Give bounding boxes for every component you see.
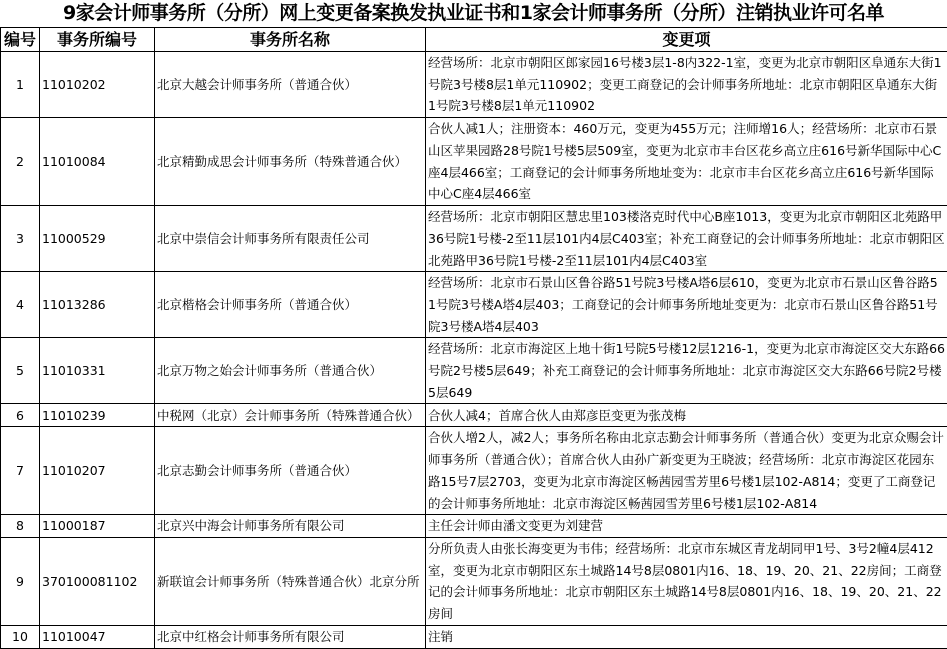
cell-change-items: 合伙人减4；首席合伙人由郑彦臣变更为张茂梅 bbox=[426, 404, 947, 427]
cell-firm-code: 11013286 bbox=[40, 272, 155, 338]
table-row: 1011010047北京中红格会计师事务所有限公司注销 bbox=[1, 625, 947, 647]
table-header-row: 编号 事务所编号 事务所名称 变更项 bbox=[1, 28, 947, 52]
cell-change-items: 经营场所：北京市朝阳区慧忠里103楼洛克时代中心B座1013，变更为北京市朝阳区… bbox=[426, 206, 947, 272]
table-row: 211010084北京精勤成思会计师事务所（特殊普通合伙）合伙人减1人；注册资本… bbox=[1, 118, 947, 206]
cell-row-number: 5 bbox=[1, 338, 40, 404]
table-row: 311000529北京中崇信会计师事务所有限责任公司经营场所：北京市朝阳区慧忠里… bbox=[1, 206, 947, 272]
cell-row-number: 4 bbox=[1, 272, 40, 338]
table-row: 511010331北京万物之始会计师事务所（普通合伙）经营场所：北京市海淀区上地… bbox=[1, 338, 947, 404]
cell-row-number: 2 bbox=[1, 118, 40, 206]
table-row: 611010239中税网（北京）会计师事务所（特殊普通合伙）合伙人减4；首席合伙… bbox=[1, 404, 947, 427]
cell-change-items: 经营场所：北京市海淀区上地十街1号院5号楼12层1216-1，变更为北京市海淀区… bbox=[426, 338, 947, 404]
cell-firm-name: 北京大越会计师事务所（普通合伙） bbox=[155, 52, 426, 118]
cell-firm-code: 11010202 bbox=[40, 52, 155, 118]
cell-firm-name: 北京中崇信会计师事务所有限责任公司 bbox=[155, 206, 426, 272]
cell-change-items: 合伙人增2人，减2人；事务所名称由北京志勤会计师事务所（普通合伙）变更为北京众赐… bbox=[426, 427, 947, 515]
table-row: 411013286北京楷格会计师事务所（普通合伙）经营场所：北京市石景山区鲁谷路… bbox=[1, 272, 947, 338]
cell-row-number: 8 bbox=[1, 515, 40, 538]
license-change-table: 编号 事务所编号 事务所名称 变更项 111010202北京大越会计师事务所（普… bbox=[0, 27, 947, 647]
cell-row-number: 7 bbox=[1, 427, 40, 515]
header-firm-name: 事务所名称 bbox=[155, 28, 426, 52]
cell-firm-code: 11000529 bbox=[40, 206, 155, 272]
cell-firm-name: 北京中红格会计师事务所有限公司 bbox=[155, 625, 426, 647]
cell-firm-name: 北京志勤会计师事务所（普通合伙） bbox=[155, 427, 426, 515]
cell-firm-name: 中税网（北京）会计师事务所（特殊普通合伙） bbox=[155, 404, 426, 427]
cell-firm-name: 北京万物之始会计师事务所（普通合伙） bbox=[155, 338, 426, 404]
header-change-items: 变更项 bbox=[426, 28, 947, 52]
cell-firm-code: 11010207 bbox=[40, 427, 155, 515]
cell-firm-name: 北京楷格会计师事务所（普通合伙） bbox=[155, 272, 426, 338]
cell-change-items: 经营场所：北京市石景山区鲁谷路51号院3号楼A塔6层610，变更为北京市石景山区… bbox=[426, 272, 947, 338]
table-row: 9370100081102新联谊会计师事务所（特殊普通合伙）北京分所分所负责人由… bbox=[1, 537, 947, 625]
cell-firm-code: 11010047 bbox=[40, 625, 155, 647]
cell-change-items: 注销 bbox=[426, 625, 947, 647]
cell-firm-code: 11010239 bbox=[40, 404, 155, 427]
cell-row-number: 10 bbox=[1, 625, 40, 647]
cell-change-items: 合伙人减1人；注册资本：460万元，变更为455万元；注师增16人；经营场所：北… bbox=[426, 118, 947, 206]
cell-change-items: 分所负责人由张长海变更为韦伟；经营场所：北京市东城区青龙胡同甲1号、3号2幢4层… bbox=[426, 537, 947, 625]
cell-firm-code: 370100081102 bbox=[40, 537, 155, 625]
cell-change-items: 主任会计师由潘文变更为刘建营 bbox=[426, 515, 947, 538]
table-row: 111010202北京大越会计师事务所（普通合伙）经营场所：北京市朝阳区郎家园1… bbox=[1, 52, 947, 118]
cell-row-number: 9 bbox=[1, 537, 40, 625]
header-no: 编号 bbox=[1, 28, 40, 52]
table-row: 711010207北京志勤会计师事务所（普通合伙）合伙人增2人，减2人；事务所名… bbox=[1, 427, 947, 515]
header-firm-code: 事务所编号 bbox=[40, 28, 155, 52]
cell-firm-code: 11000187 bbox=[40, 515, 155, 538]
cell-change-items: 经营场所：北京市朝阳区郎家园16号楼3层1-8内322-1室，变更为北京市朝阳区… bbox=[426, 52, 947, 118]
cell-firm-code: 11010084 bbox=[40, 118, 155, 206]
table-row: 811000187北京兴中海会计师事务所有限公司主任会计师由潘文变更为刘建营 bbox=[1, 515, 947, 538]
cell-firm-name: 北京兴中海会计师事务所有限公司 bbox=[155, 515, 426, 538]
cell-row-number: 6 bbox=[1, 404, 40, 427]
cell-row-number: 1 bbox=[1, 52, 40, 118]
cell-firm-code: 11010331 bbox=[40, 338, 155, 404]
document-title: 9家会计师事务所（分所）网上变更备案换发执业证书和1家会计师事务所（分所）注销执… bbox=[0, 0, 947, 27]
cell-row-number: 3 bbox=[1, 206, 40, 272]
cell-firm-name: 新联谊会计师事务所（特殊普通合伙）北京分所 bbox=[155, 537, 426, 625]
cell-firm-name: 北京精勤成思会计师事务所（特殊普通合伙） bbox=[155, 118, 426, 206]
